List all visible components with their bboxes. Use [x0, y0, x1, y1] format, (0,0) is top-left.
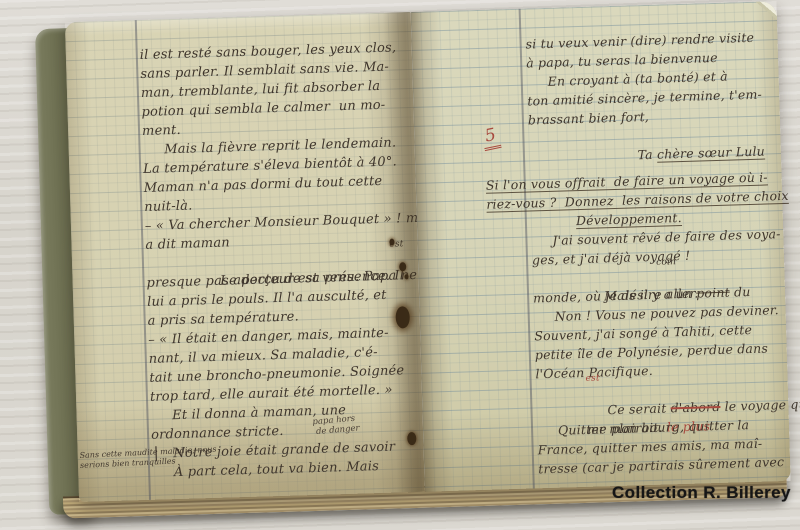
- ink-blot: [389, 239, 394, 246]
- pencil-correction: coin: [656, 258, 676, 268]
- ink-blot: [407, 432, 416, 445]
- red-correction: est: [585, 375, 599, 384]
- ink-blot: [399, 262, 406, 271]
- left-page-text: il est resté sans bouger, les yeux clos,…: [140, 38, 415, 483]
- watermark: Collection R. Billerey: [612, 483, 791, 503]
- right-page: 5 si tu veux venir (dire) rendre visiteà…: [411, 1, 791, 492]
- ink-blot: [404, 274, 408, 279]
- paragraph-block: il est resté sans bouger, les yeux clos,…: [140, 38, 408, 255]
- photo-background: il est resté sans bouger, les yeux clos,…: [0, 0, 800, 530]
- paragraph-block: si tu veux venir (dire) rendre visiteà p…: [525, 27, 768, 129]
- inline-annotation: papa hors de danger: [312, 414, 360, 437]
- notebook: il est resté sans bouger, les yeux clos,…: [35, 1, 791, 519]
- paragraph-block: monde, où je désire aller. Non ! Vous ne…: [533, 281, 776, 383]
- handwriting-segment: Ta: [637, 147, 657, 163]
- paragraph-block: Quitter mon bourg, quitter laFrance, qui…: [537, 414, 779, 478]
- folded-corner: [742, 1, 777, 30]
- margin-tick-mark: |: [153, 444, 159, 462]
- right-page-text: si tu veux venir (dire) rendre visiteà p…: [525, 27, 778, 478]
- left-page: il est resté sans bouger, les yeux clos,…: [65, 12, 425, 502]
- open-pages: il est resté sans bouger, les yeux clos,…: [65, 1, 791, 502]
- signature-name: chère sœur Lulu: [657, 144, 765, 162]
- grade-mark: 5: [480, 124, 501, 151]
